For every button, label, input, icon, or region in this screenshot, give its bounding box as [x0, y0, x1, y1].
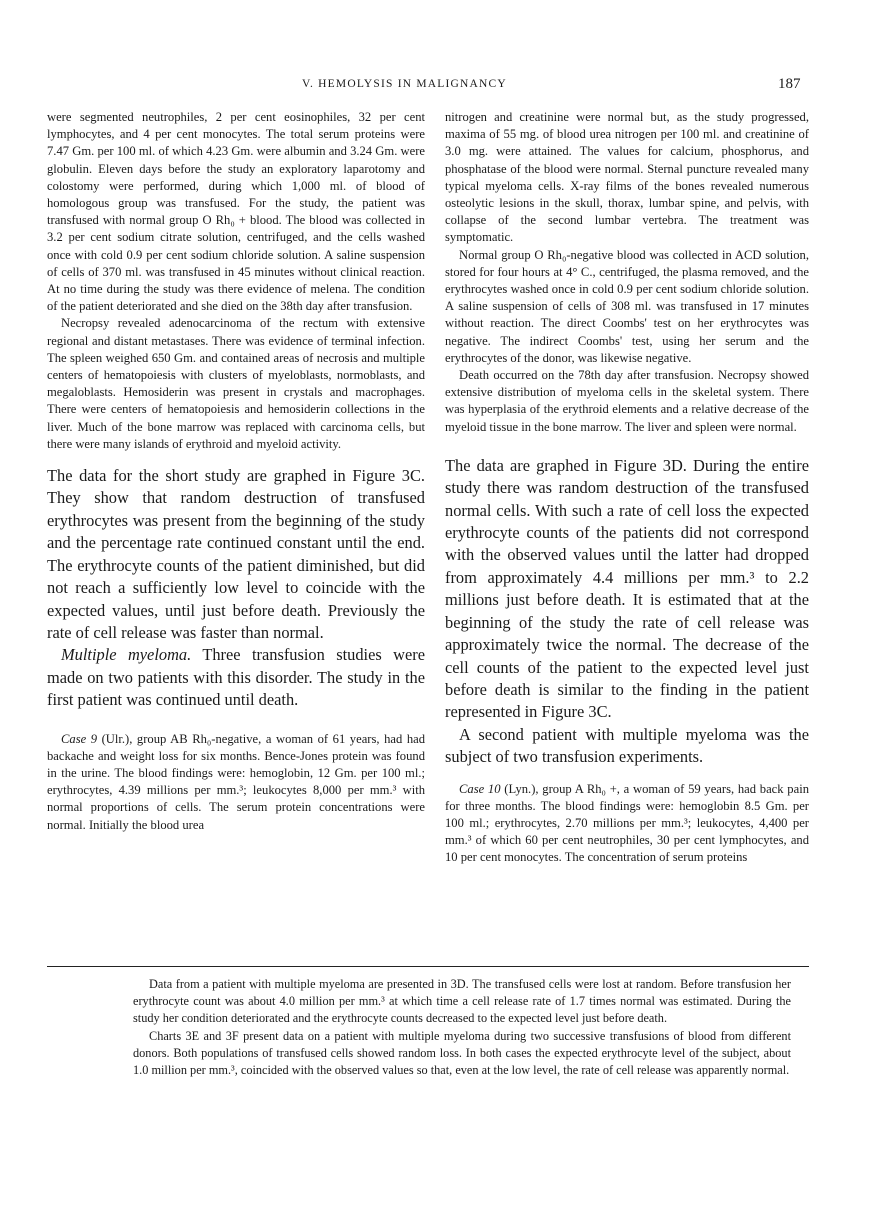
page-number: 187 [778, 76, 801, 93]
paragraph-case10: Case 10 (Lyn.), group A Rh₀ +, a woman o… [445, 781, 809, 867]
paragraph-case8-findings: were segmented neutrophiles, 2 per cent … [47, 109, 425, 315]
paragraph-case9-continued: nitrogen and creatinine were normal but,… [445, 109, 809, 247]
paragraph-figure-3c-discussion: The data for the short study are graphed… [47, 465, 425, 644]
paragraph-text: (Lyn.), group A Rh₀ +, a woman of 59 yea… [445, 782, 809, 865]
case-label: Case 9 [61, 732, 97, 746]
paragraph-case8-necropsy: Necropsy revealed adenocarcinoma of the … [47, 315, 425, 453]
right-column: nitrogen and creatinine were normal but,… [445, 109, 809, 867]
paragraph-second-patient: A second patient with multiple myeloma w… [445, 724, 809, 769]
figure-caption: Data from a patient with multiple myelom… [133, 976, 791, 1079]
case-label: Case 10 [459, 782, 501, 796]
paragraph-case9: Case 9 (Ulr.), group AB Rh₀-negative, a … [47, 731, 425, 834]
paragraph-case9-death: Death occurred on the 78th day after tra… [445, 367, 809, 436]
paragraph-text: (Ulr.), group AB Rh₀-negative, a woman o… [47, 732, 425, 832]
running-title: V. HEMOLYSIS IN MALIGNANCY [302, 78, 507, 90]
caption-paragraph-3d: Data from a patient with multiple myelom… [133, 976, 791, 1028]
left-column: were segmented neutrophiles, 2 per cent … [47, 109, 425, 834]
footnote-divider [47, 966, 809, 967]
paragraph-figure-3d-discussion: The data are graphed in Figure 3D. Durin… [445, 455, 809, 724]
caption-paragraph-3e-3f: Charts 3E and 3F present data on a patie… [133, 1028, 791, 1080]
section-heading-multiple-myeloma: Multiple myeloma. [61, 645, 191, 664]
paragraph-case9-transfusion: Normal group O Rh₀-negative blood was co… [445, 247, 809, 367]
paragraph-multiple-myeloma: Multiple myeloma. Three transfusion stud… [47, 644, 425, 711]
page-header: V. HEMOLYSIS IN MALIGNANCY 187 [0, 78, 890, 98]
